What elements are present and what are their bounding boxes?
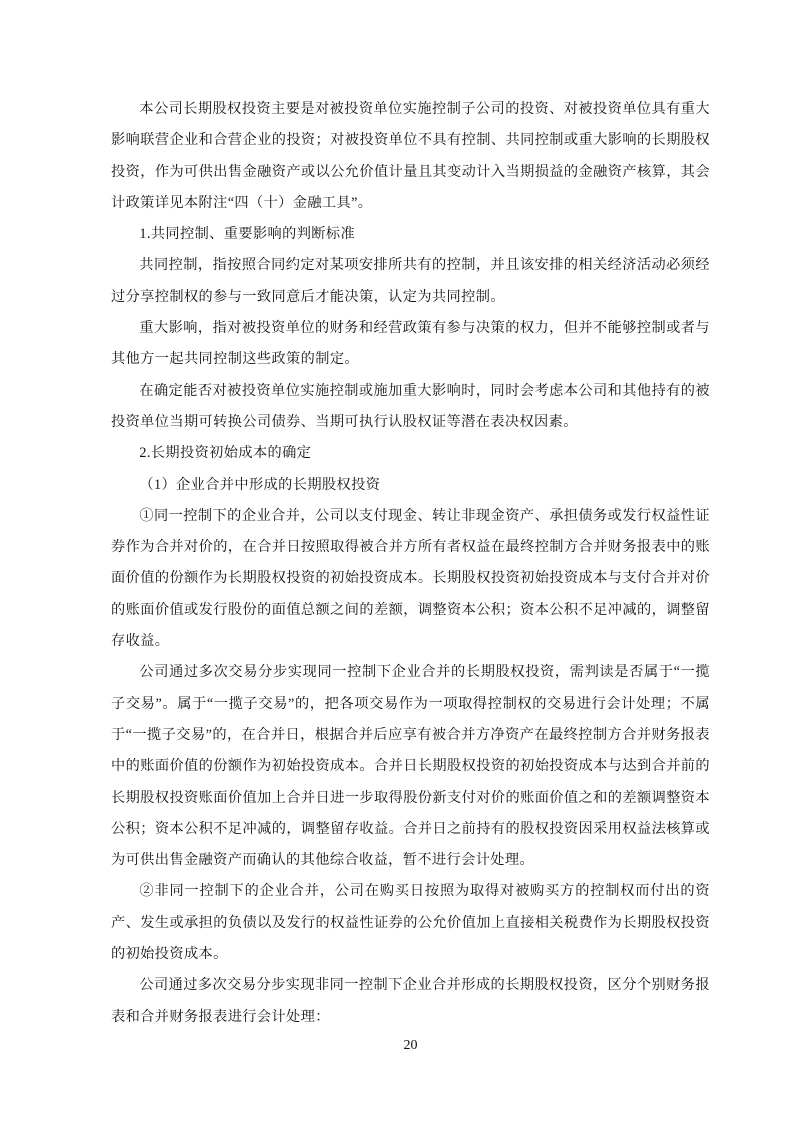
page-number: 20 [111,1036,710,1056]
heading-business-combination: （1）企业合并中形成的长期股权投资 [111,470,710,501]
page-body-text: 本公司长期股权投资主要是对被投资单位实施控制子公司的投资、对被投资单位具有重大影… [111,94,710,1033]
heading-initial-cost: 2.长期投资初始成本的确定 [111,438,710,469]
paragraph-intro: 本公司长期股权投资主要是对被投资单位实施控制子公司的投资、对被投资单位具有重大影… [111,94,710,219]
heading-judgment-criteria: 1.共同控制、重要影响的判断标准 [111,219,710,250]
paragraph-joint-control: 共同控制，指按照合同约定对某项安排所共有的控制，并且该安排的相关经济活动必须经过… [111,250,710,313]
document-page: 本公司长期股权投资主要是对被投资单位实施控制子公司的投资、对被投资单位具有重大影… [0,0,794,1122]
paragraph-same-control: ①同一控制下的企业合并，公司以支付现金、转让非现金资产、承担债务或发行权益性证券… [111,501,710,657]
paragraph-potential-voting-rights: 在确定能否对被投资单位实施控制或施加重大影响时，同时会考虑本公司和其他持有的被投… [111,376,710,439]
paragraph-significant-influence: 重大影响，指对被投资单位的财务和经营政策有参与决策的权力，但并不能够控制或者与其… [111,313,710,376]
paragraph-non-same-control: ②非同一控制下的企业合并，公司在购买日按照为取得对被购买方的控制权而付出的资产、… [111,876,710,970]
paragraph-step-acquisition-non-same-control: 公司通过多次交易分步实现非同一控制下企业合并形成的长期股权投资，区分个别财务报表… [111,970,710,1033]
paragraph-step-acquisition-same-control: 公司通过多次交易分步实现同一控制下企业合并的长期股权投资，需判读是否属于“一揽子… [111,657,710,876]
